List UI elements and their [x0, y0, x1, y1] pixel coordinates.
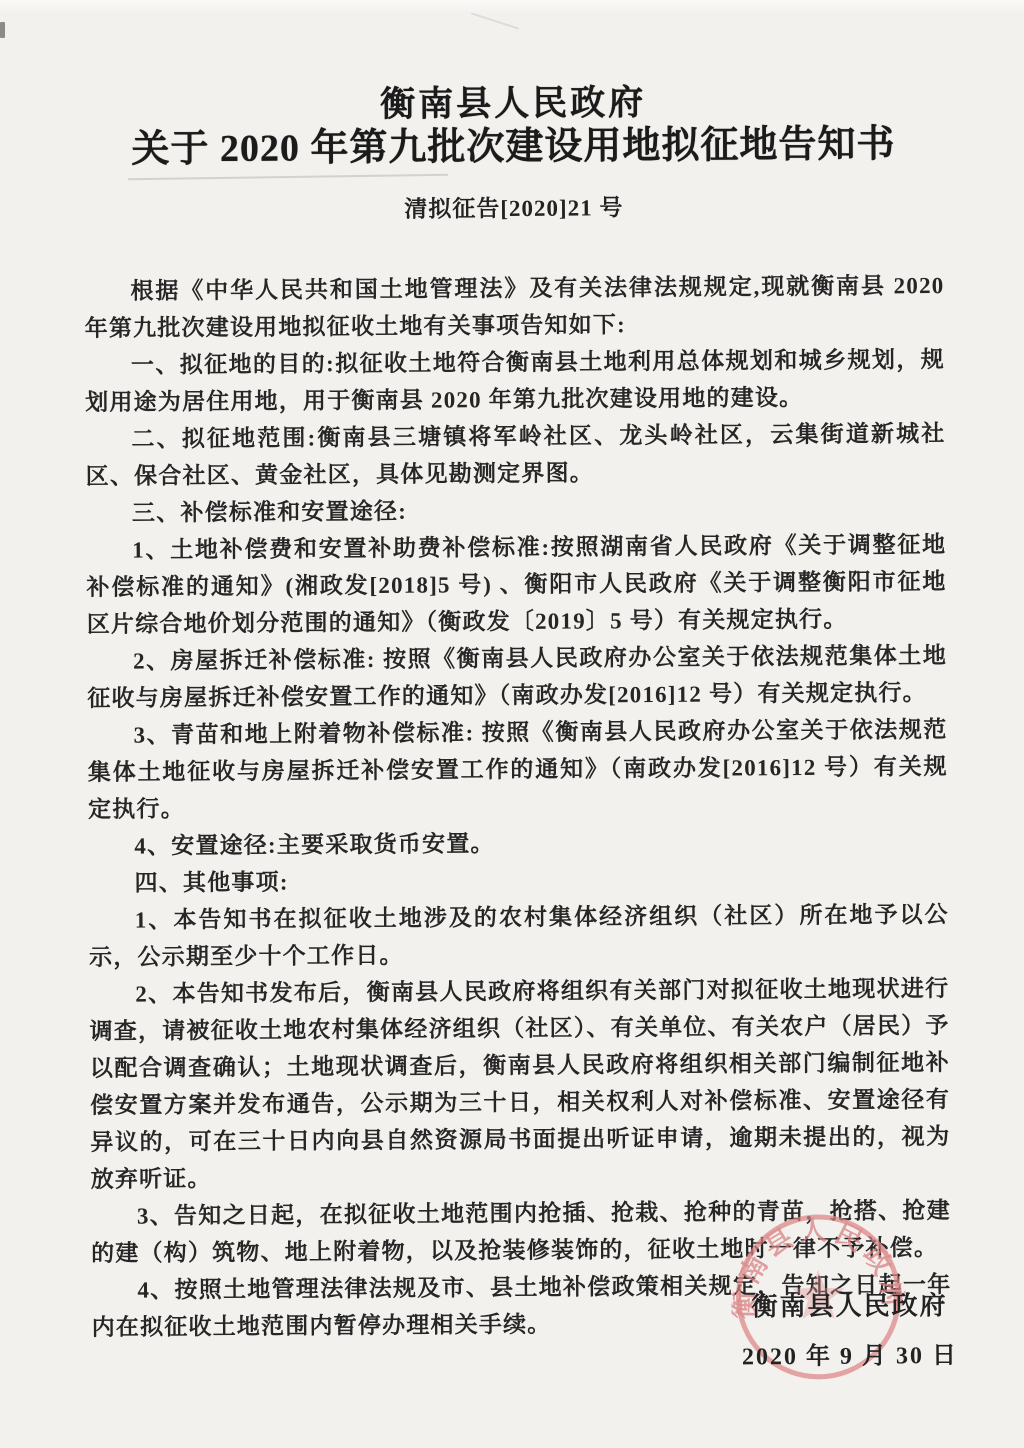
document-content: 衡南县人民政府 关于 2020 年第九批次建设用地拟征地告知书 清拟征告[202… — [83, 81, 952, 1346]
body-paragraph-other: 四、其他事项: — [88, 859, 948, 902]
document-body: 根据《中华人民共和国土地管理法》及有关法律法规规定,现就衡南县 2020 年第九… — [84, 267, 951, 1346]
scanned-document-page: 衡南县人民政府 关于 2020 年第九批次建设用地拟征地告知书 清拟征告[202… — [0, 0, 1024, 1448]
document-number: 清拟征告[2020]21 号 — [84, 187, 944, 226]
body-paragraph-purpose: 一、拟征地的目的:拟征收土地符合衡南县土地利用总体规划和城乡规划，规划用途为居住… — [85, 341, 945, 421]
signature-date: 2020 年 9 月 30 日 — [704, 1335, 996, 1372]
scan-artifact — [0, 22, 5, 38]
document-subject-title: 关于 2020 年第九批次建设用地拟征地告知书 — [83, 122, 943, 172]
body-paragraph-other-1: 1、本告知书在拟征收土地涉及的农村集体经济组织（社区）所在地予以公示，公示期至少… — [89, 896, 949, 976]
signature-issuer: 衡南县人民政府 — [703, 1285, 995, 1324]
body-paragraph-standards: 三、补偿标准和安置途径: — [86, 489, 946, 532]
document-org-title: 衡南县人民政府 — [83, 81, 943, 127]
body-paragraph-intro: 根据《中华人民共和国土地管理法》及有关法律法规规定,现就衡南县 2020 年第九… — [84, 267, 944, 347]
body-paragraph-scope: 二、拟征地范围:衡南县三塘镇将军岭社区、龙头岭社区，云集街道新城社区、保合社区、… — [85, 415, 945, 495]
body-paragraph-land-comp: 1、土地补偿费和安置补助费补偿标准:按照湖南省人民政府《关于调整征地补偿标准的通… — [86, 526, 947, 643]
scan-artifact — [471, 12, 519, 29]
body-paragraph-crop-comp: 3、青苗和地上附着物补偿标准: 按照《衡南县人民政府办公室关于依法规范集体土地征… — [87, 711, 948, 828]
body-paragraph-house-comp: 2、房屋拆迁补偿标准: 按照《衡南县人民政府办公室关于依法规范集体土地征收与房屋… — [87, 637, 947, 717]
body-paragraph-placement: 4、安置途径:主要采取货币安置。 — [88, 822, 948, 865]
body-paragraph-other-2: 2、本告知书发布后，衡南县人民政府将组织有关部门对拟征收土地现状进行调查，请被征… — [89, 970, 951, 1198]
signature-block: 衡南县人民政府 2020 年 9 月 30 日 — [703, 1285, 996, 1372]
